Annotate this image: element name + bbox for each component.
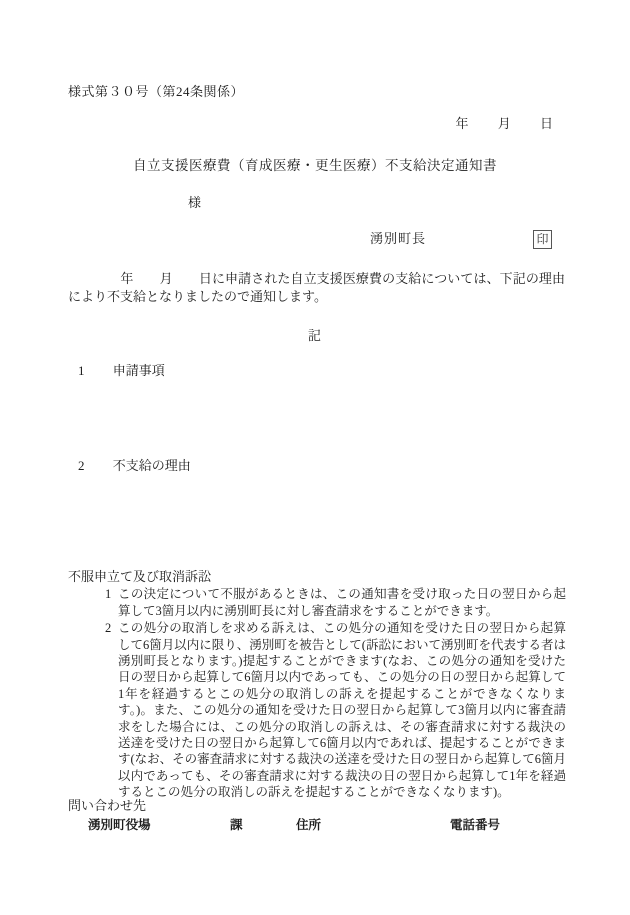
issue-date-month-label: 月 bbox=[498, 116, 511, 133]
contact-address-label: 住所 bbox=[296, 817, 321, 833]
section-denial-reason: 2 不支給の理由 bbox=[78, 458, 191, 475]
seal-stamp-box: 印 bbox=[533, 230, 552, 249]
section-number: 1 bbox=[78, 363, 85, 380]
seal-character: 印 bbox=[536, 232, 548, 248]
appeal-item-number: 2 bbox=[105, 620, 111, 636]
notification-body-paragraph: 年 月 日に申請された自立支援医療費の支給については、下記の理由により不支給とな… bbox=[68, 270, 565, 306]
issue-date-day-label: 日 bbox=[540, 116, 553, 133]
contact-heading: 問い合わせ先 bbox=[68, 798, 146, 815]
appeal-item-text: この決定について不服があるときは、この通知書を受け取った日の翌日から起算して3箇… bbox=[118, 587, 566, 617]
form-number: 様式第３０号（第24条関係） bbox=[68, 84, 244, 101]
contact-office-name: 湧別町役場 bbox=[88, 817, 151, 833]
issue-date-line: 年 月 日 bbox=[455, 116, 553, 133]
ki-separator: 記 bbox=[0, 328, 630, 345]
contact-phone-label: 電話番号 bbox=[450, 817, 500, 833]
addressee-suffix: 様 bbox=[188, 195, 201, 212]
document-title: 自立支援医療費（育成医療・更生医療）不支給決定通知書 bbox=[0, 157, 630, 175]
issuer-name: 湧別町長 bbox=[370, 231, 426, 248]
section-label: 申請事項 bbox=[113, 363, 165, 380]
appeal-item-revocation-suit: 2 この処分の取消しを求める訴えは、この処分の通知を受けた日の翌日から起算して6… bbox=[68, 620, 566, 800]
appeal-section-heading: 不服申立て及び取消訴訟 bbox=[68, 569, 566, 585]
appeal-item-text: この処分の取消しを求める訴えは、この処分の通知を受けた日の翌日から起算して6箇月… bbox=[118, 621, 566, 799]
appeal-item-review-request: 1 この決定について不服があるときは、この通知書を受け取った日の翌日から起算して… bbox=[68, 586, 566, 619]
contact-section-label: 課 bbox=[230, 817, 243, 833]
appeal-section: 不服申立て及び取消訴訟 1 この決定について不服があるときは、この通知書を受け取… bbox=[68, 569, 566, 801]
notification-form-page: 様式第３０号（第24条関係） 年 月 日 自立支援医療費（育成医療・更生医療）不… bbox=[0, 0, 630, 915]
section-number: 2 bbox=[78, 458, 85, 475]
appeal-item-number: 1 bbox=[105, 586, 111, 602]
issue-date-year-label: 年 bbox=[455, 116, 468, 133]
section-application-items: 1 申請事項 bbox=[78, 363, 165, 380]
section-label: 不支給の理由 bbox=[113, 458, 191, 475]
